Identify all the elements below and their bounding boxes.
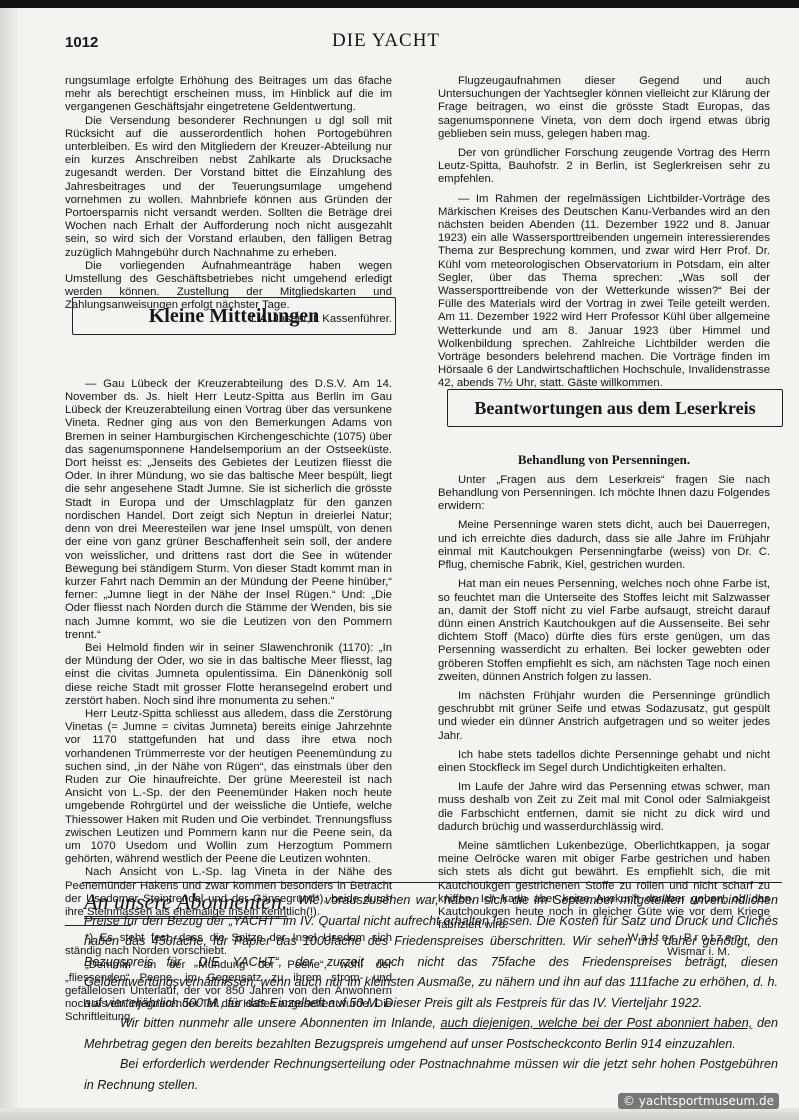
paragraph: Unter „Fragen aus dem Leserkreis“ fragen… [438,474,770,514]
paragraph: Im Laufe der Jahre wird das Persenning e… [438,781,770,834]
paragraph: Bei Helmold finden wir in seiner Slawenc… [65,642,392,708]
right-column: Flugzeugaufnahmen dieser Gegend und auch… [438,75,770,959]
paragraph: — Im Rahmen der regelmässigen Lichtbilde… [438,193,770,391]
page-number: 1012 [65,34,98,51]
paragraph: Hat man ein neues Persenning, welches no… [438,578,770,684]
horizontal-rule [82,882,782,883]
paragraph: rungsumlage erfolgte Erhöhung des Beitra… [65,75,392,115]
section-heading-beantwortungen: Beantwortungen aus dem Leserkreis [447,389,783,427]
scan-left-edge [0,8,18,1120]
notice-paragraph: Wie vorauszusehen war, haben sich die im… [84,893,778,1010]
running-title: DIE YACHT [332,30,440,52]
notice-paragraph-start: Wir bitten nunmehr alle unsere Abonnente… [120,1016,441,1030]
notice-paragraph: Bei erforderlich werdender Rechnungserte… [84,1054,778,1095]
paragraph: — Gau Lübeck der Kreuzerabteilung des D.… [65,378,392,642]
paragraph: Meine Persenninge waren stets dicht, auc… [438,519,770,572]
notice-underlined-text: auch diejenigen, welche bei der Post abo… [441,1016,753,1030]
article-title: Behandlung von Persenningen. [438,453,770,466]
scan-bottom-edge [0,1108,799,1120]
paragraph: Der von gründlicher Forschung zeugende V… [438,147,770,187]
paragraph: Flugzeugaufnahmen dieser Gegend und auch… [438,75,770,141]
scan-top-border [0,0,799,8]
notice-body: Wie vorauszusehen war, haben sich die im… [84,890,778,1095]
section-heading-kleine-mitteilungen: Kleine Mitteilungen [72,297,396,335]
paragraph: Ich habe stets tadellos dichte Persennin… [438,749,770,775]
paragraph: Herr Leutz-Spitta schliesst aus alledem,… [65,708,392,866]
paragraph: Die Versendung besonderer Rechnungen u d… [65,115,392,260]
copyright-watermark: © yachtsportmuseum.de [618,1093,779,1109]
paragraph: Im nächsten Frühjahr wurden die Persenni… [438,690,770,743]
